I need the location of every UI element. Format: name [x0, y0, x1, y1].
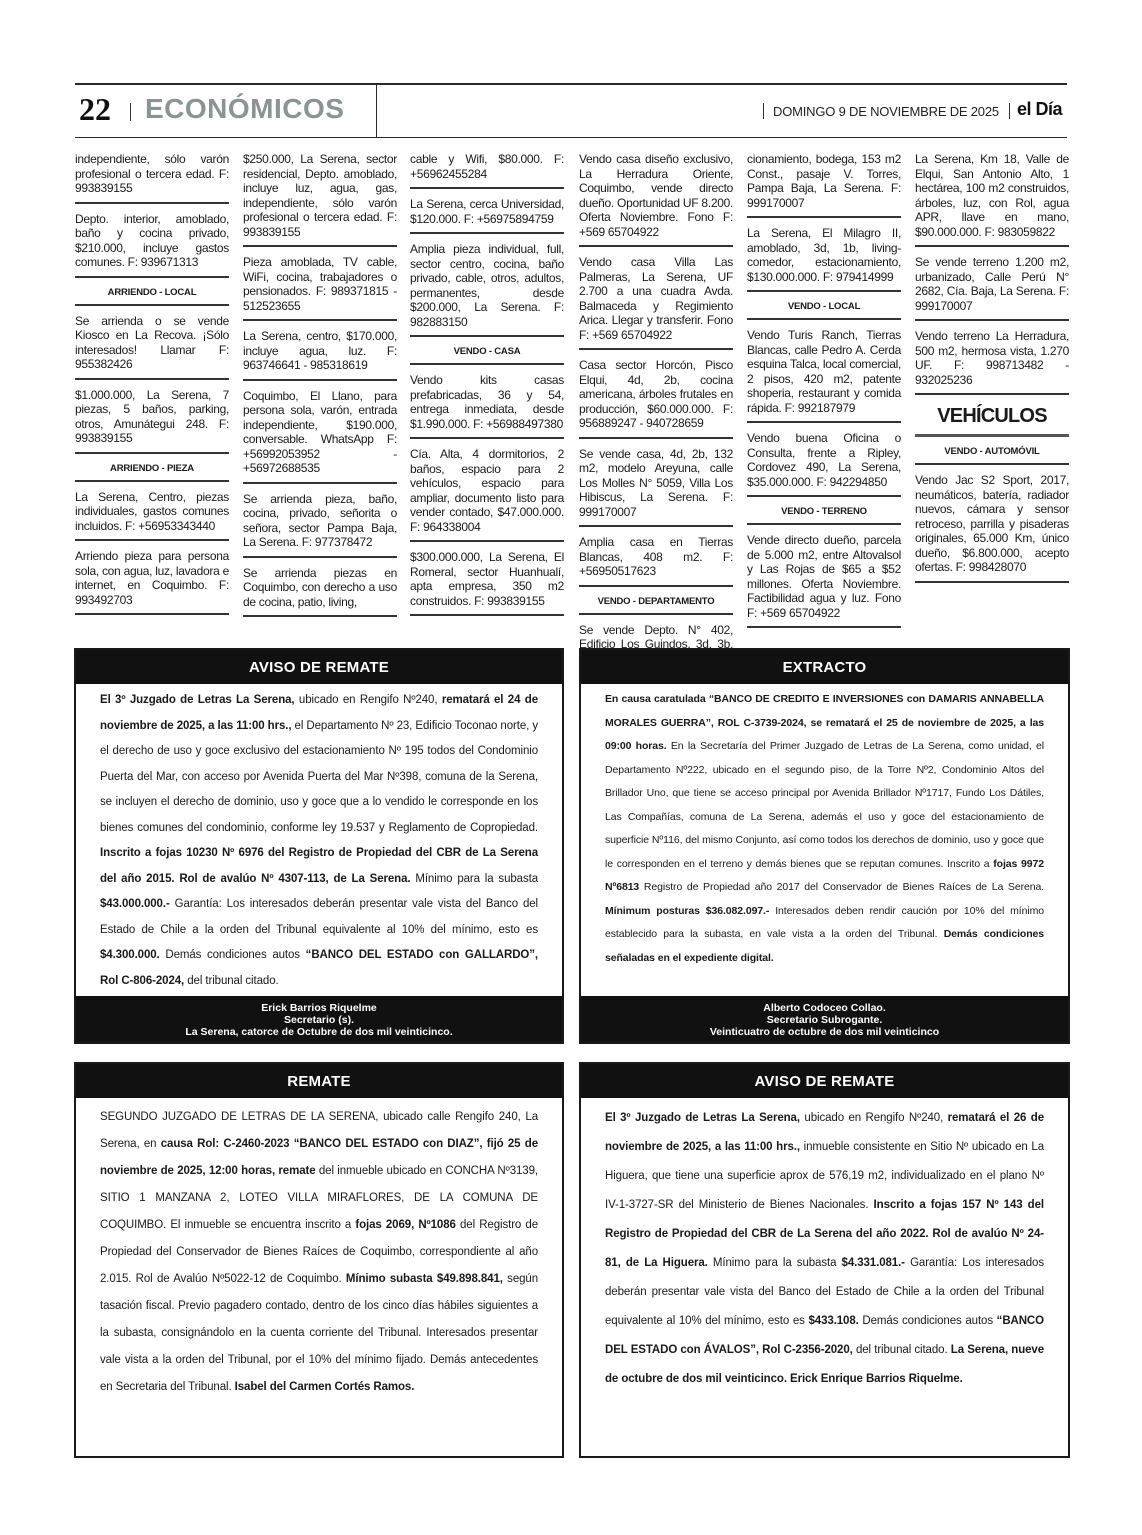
notice-title: AVISO DE REMATE — [581, 1064, 1068, 1098]
classifieds-column-3: cable y Wifi, $80.000. F: +56962455284La… — [410, 150, 564, 622]
classified-ad: Depto. interior, amoblado, baño y cocina… — [75, 210, 229, 278]
classifieds-column-5: cionamiento, bodega, 153 m2 Const., pasa… — [747, 150, 901, 634]
newspaper-logo: el Día — [1017, 99, 1062, 120]
body-text: Demás condiciones autos — [859, 1315, 997, 1327]
classifieds-column-4: Vendo casa diseño exclusivo, La Herradur… — [579, 150, 733, 680]
body-text: En la Secretaría del Primer Juzgado de L… — [605, 740, 1044, 870]
classified-ad: Casa sector Horcón, Pisco Elqui, 4d, 2b,… — [579, 356, 733, 439]
classified-ad: Amplia pieza individual, full, sector ce… — [410, 240, 564, 337]
category-heading: VENDO - TERRENO — [747, 503, 901, 525]
page-header: 22 ECONÓMICOS DOMINGO 9 DE NOVIEMBRE DE … — [75, 83, 1067, 138]
classified-ad: La Serena, centro, $170.000, incluye agu… — [243, 327, 397, 381]
classified-ad: Se vende terreno 1.200 m2, urbanizado, C… — [915, 253, 1069, 321]
body-text: Mínimo para la subasta — [708, 1257, 842, 1269]
notice-title: EXTRACTO — [581, 650, 1068, 684]
emphasis-text: El 3º Juzgado de Letras La Serena, — [605, 1112, 800, 1124]
page-number: 22 — [79, 91, 111, 128]
classified-ad: Pieza amoblada, TV cable, WiFi, cocina, … — [243, 253, 397, 321]
signature-line: Secretario Subrogante. — [581, 1014, 1068, 1026]
divider — [1009, 103, 1010, 119]
notice-body: El 3º Juzgado de Letras La Serena, ubica… — [581, 1098, 1068, 1402]
emphasis-text: $43.000.000.- — [100, 898, 170, 910]
category-heading: VEHÍCULOS — [915, 401, 1069, 437]
category-heading: VENDO - DEPARTAMENTO — [579, 593, 733, 615]
divider — [376, 85, 377, 137]
category-heading: ARRIENDO - PIEZA — [75, 460, 229, 482]
category-heading: VENDO - AUTOMÓVIL — [915, 443, 1069, 465]
classified-ad: Se vende casa, 4d, 2b, 132 m2, modelo Ar… — [579, 445, 733, 528]
classified-ad: La Serena, Km 18, Valle de Elqui, San An… — [915, 150, 1069, 247]
category-heading: VENDO - LOCAL — [747, 298, 901, 320]
body-text: Mínimo para la subasta — [411, 873, 539, 885]
classified-ad: La Serena, El Milagro II, amoblado, 3d, … — [747, 224, 901, 292]
signature-line: La Serena, catorce de Octubre de dos mil… — [76, 1026, 562, 1038]
classified-ad: Cía. Alta, 4 dormitorios, 2 baños, espac… — [410, 445, 564, 542]
emphasis-text: $433.108. — [808, 1315, 858, 1327]
body-text: Demás condiciones autos — [160, 949, 306, 961]
notice-body: SEGUNDO JUZGADO DE LETRAS DE LA SERENA, … — [76, 1098, 562, 1409]
category-heading: VENDO - CASA — [410, 343, 564, 365]
issue-date: DOMINGO 9 DE NOVIEMBRE DE 2025 — [773, 104, 999, 119]
emphasis-text: $4.331.081.- — [842, 1257, 905, 1269]
body-text: del tribunal citado. — [184, 975, 278, 987]
category-heading: ARRIENDO - LOCAL — [75, 284, 229, 306]
classified-ad: Se arrienda piezas en Coquimbo, con dere… — [243, 564, 397, 618]
emphasis-text: Mínimo subasta $49.898.841, — [346, 1273, 503, 1285]
classified-ad: Vende directo dueño, parcela de 5.000 m2… — [747, 531, 901, 628]
classified-ad: Amplia casa en Tierras Blancas, 408 m2. … — [579, 533, 733, 587]
emphasis-text: $4.300.000. — [100, 949, 160, 961]
classified-ad: $250.000, La Serena, sector residencial,… — [243, 150, 397, 247]
classified-ad: Vendo buena Oficina o Consulta, frente a… — [747, 429, 901, 497]
divider — [763, 103, 764, 119]
classifieds-column-1: independiente, sólo varón profesional o … — [75, 150, 229, 621]
body-text: ubicado en Rengifo Nº240, — [800, 1112, 948, 1124]
classifieds-column-2: $250.000, La Serena, sector residencial,… — [243, 150, 397, 623]
classified-ad: La Serena, Centro, piezas individuales, … — [75, 488, 229, 542]
body-text: del tribunal citado. — [853, 1344, 951, 1356]
classified-ad: cionamiento, bodega, 153 m2 Const., pasa… — [747, 150, 901, 218]
divider — [130, 103, 131, 121]
classified-ad: Se arrienda o se vende Kiosco en La Reco… — [75, 312, 229, 380]
notice-remate: REMATE SEGUNDO JUZGADO DE LETRAS DE LA S… — [74, 1062, 564, 1458]
body-text: según tasación fiscal. Previo pagadero c… — [100, 1273, 538, 1393]
classified-ad: Vendo Turis Ranch, Tierras Blancas, call… — [747, 326, 901, 423]
notice-body: En causa caratulada “BANCO DE CREDITO E … — [581, 684, 1068, 978]
signature-line: Erick Barrios Riquelme — [76, 1002, 562, 1014]
classified-ad: Vendo casa Villa Las Palmeras, La Serena… — [579, 253, 733, 350]
notice-signature: Erick Barrios RiquelmeSecretario (s).La … — [76, 996, 562, 1042]
signature-line: Secretario (s). — [76, 1014, 562, 1026]
classified-ad: cable y Wifi, $80.000. F: +56962455284 — [410, 150, 564, 189]
emphasis-text: fojas 2069, Nº1086 — [355, 1219, 455, 1231]
classified-ad: Coquimbo, El Llano, para persona sola, v… — [243, 387, 397, 484]
classified-ad: Vendo kits casas prefabricadas, 36 y 54,… — [410, 371, 564, 439]
notice-aviso-de-remate-1: AVISO DE REMATE El 3º Juzgado de Letras … — [74, 648, 564, 1044]
signature-line: Veinticuatro de octubre de dos mil veint… — [581, 1026, 1068, 1038]
classified-ad: Vendo Jac S2 Sport, 2017, neumáticos, ba… — [915, 471, 1069, 583]
body-text: Registro de Propiedad año 2017 del Conse… — [639, 881, 1044, 893]
classified-ad: $1.000.000, La Serena, 7 piezas, 5 baños… — [75, 386, 229, 454]
classified-ad: Vendo casa diseño exclusivo, La Herradur… — [579, 150, 733, 247]
classified-ad: Vendo terreno La Herradura, 500 m2, herm… — [915, 327, 1069, 395]
classified-ad: La Serena, cerca Universidad, $120.000. … — [410, 195, 564, 234]
body-text: ubicado en Rengifo Nº240, — [295, 694, 442, 706]
notice-signature: Alberto Codoceo Collao.Secretario Subrog… — [581, 996, 1068, 1042]
notice-extracto: EXTRACTO En causa caratulada “BANCO DE C… — [579, 648, 1070, 1044]
notice-title: REMATE — [76, 1064, 562, 1098]
body-text: el Departamento Nº 23, Edificio Toconao … — [100, 720, 538, 834]
notice-aviso-de-remate-2: AVISO DE REMATE El 3º Juzgado de Letras … — [579, 1062, 1070, 1458]
classified-ad: $300.000.000, La Serena, El Romeral, sec… — [410, 548, 564, 616]
classified-ad: independiente, sólo varón profesional o … — [75, 150, 229, 204]
emphasis-text: Isabel del Carmen Cortés Ramos. — [235, 1381, 415, 1393]
classified-ad: Arriendo pieza para persona sola, con ag… — [75, 547, 229, 615]
emphasis-text: El 3º Juzgado de Letras La Serena, — [100, 694, 295, 706]
classified-ad: Se arrienda pieza, baño, cocina, privado… — [243, 490, 397, 558]
signature-line: Alberto Codoceo Collao. — [581, 1002, 1068, 1014]
notice-body: El 3º Juzgado de Letras La Serena, ubica… — [76, 684, 562, 1002]
classifieds-column-6: La Serena, Km 18, Valle de Elqui, San An… — [915, 150, 1069, 589]
emphasis-text: Mínimum posturas $36.082.097.- — [605, 905, 769, 917]
notice-title: AVISO DE REMATE — [76, 650, 562, 684]
section-title: ECONÓMICOS — [145, 93, 344, 125]
